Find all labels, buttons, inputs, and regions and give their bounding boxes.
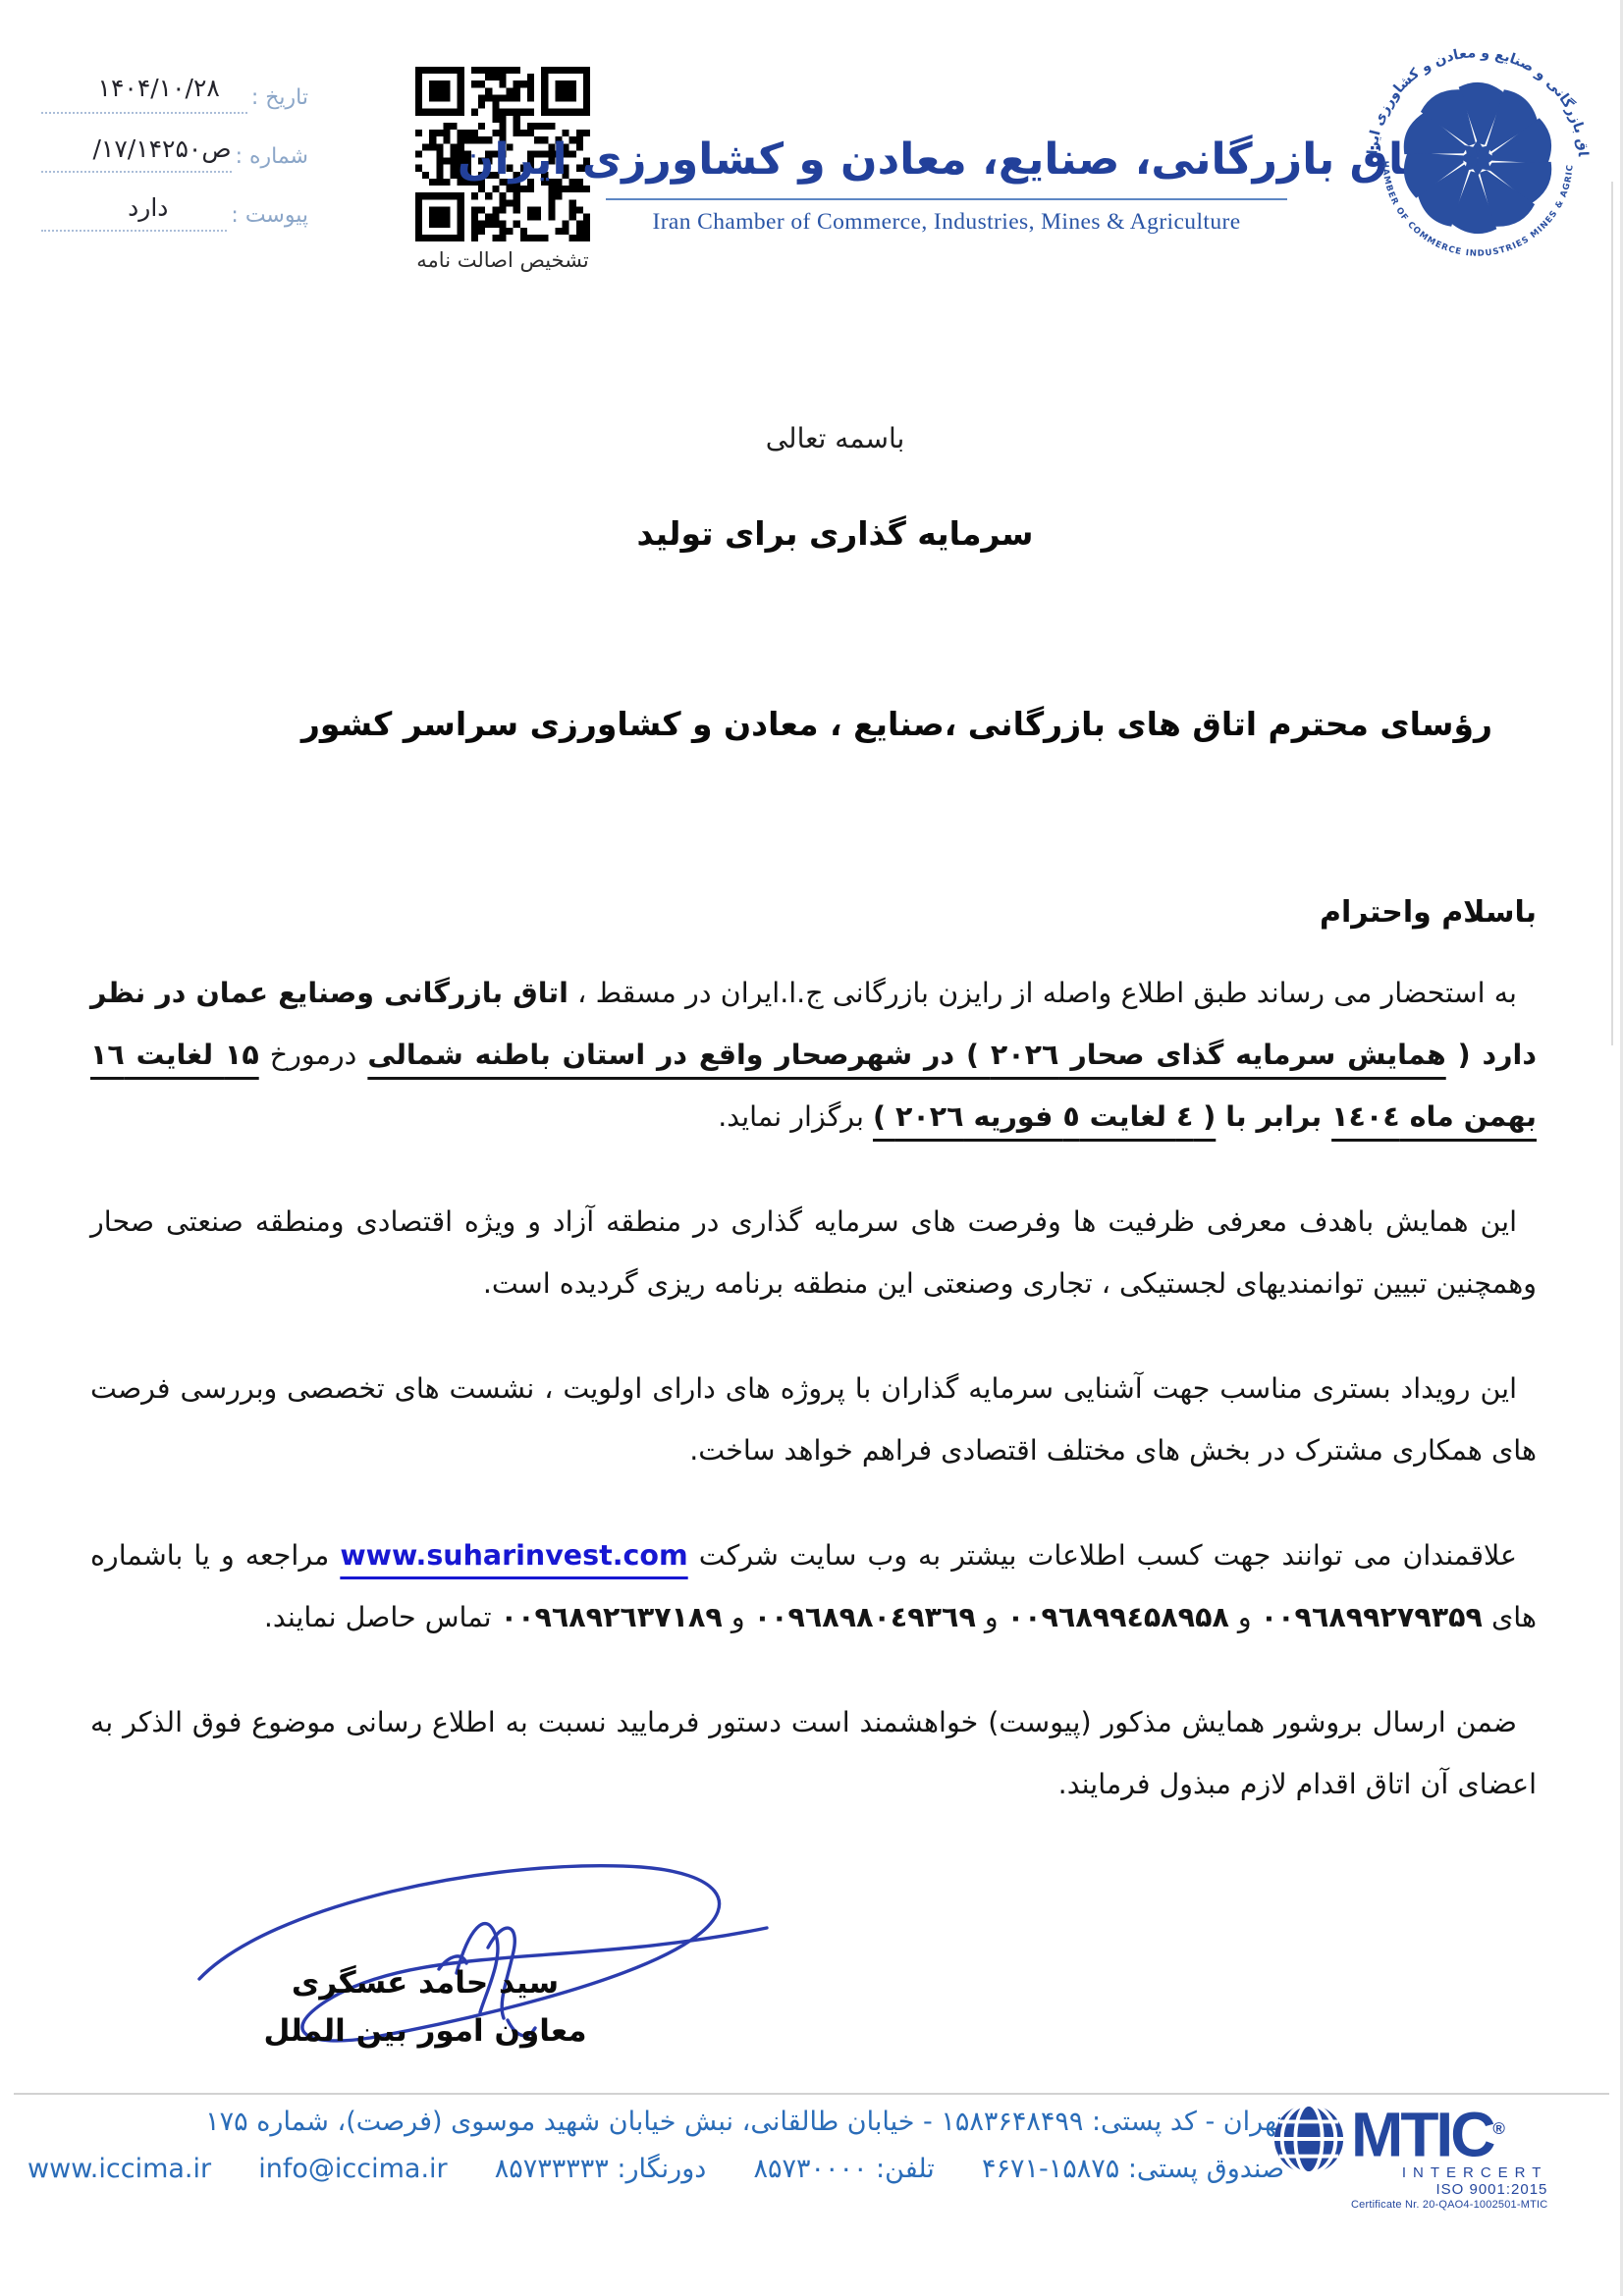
p1-regular: به استحضار می رساند طبق اطلاع واصله از ر… bbox=[568, 977, 1517, 1009]
p1-bold-equivalent: برابر با bbox=[1216, 1100, 1331, 1133]
footer-pobox: صندوق پستی: ۱۵۸۷۵-۴۶۷۱ bbox=[982, 2154, 1284, 2184]
mtic-certificate-number: Certificate Nr. 20-QAO4-1002501-MTIC bbox=[1351, 2199, 1547, 2211]
footer-website[interactable]: www.iccima.ir bbox=[27, 2154, 211, 2184]
brand-divider bbox=[606, 198, 1288, 200]
globe-icon bbox=[1271, 2101, 1347, 2177]
paragraph-contact-info: علاقمندان می توانند جهت کسب اطلاعات بیشت… bbox=[90, 1524, 1537, 1648]
meta-date-row: تاریخ : ۱۴۰۴/۱۰/۲۸ bbox=[41, 55, 308, 114]
mtic-wordmark: MTIC bbox=[1351, 2099, 1492, 2169]
signature-block: سید حامد عسگری معاون امور بین الملل bbox=[234, 1959, 617, 2056]
paragraph-event-purpose: این همایش باهدف معرفی ظرفیت ها وفرصت های… bbox=[90, 1191, 1537, 1314]
mtic-cert-logo: MTIC® INTERCERT ISO 9001:2015 Certificat… bbox=[1271, 2101, 1618, 2211]
footer-address-line: تهران - کد پستی: ۱۵۸۳۶۴۸۴۹۹ - خیابان طال… bbox=[27, 2107, 1284, 2137]
and-separator: و bbox=[1229, 1601, 1261, 1633]
phone-number-4: ۰۰۹٦۸۹۲٦۳۷۱۸۹ bbox=[501, 1601, 723, 1633]
salutation: باسلام واحترام bbox=[1320, 895, 1537, 930]
meta-attachment-row: پیوست : دارد bbox=[41, 173, 308, 232]
scanned-letter-page: تاریخ : ۱۴۰۴/۱۰/۲۸ شماره : /۱۷/۱۴۲۵۰ص پی… bbox=[0, 0, 1623, 2296]
p1-regular-date-word: درمورخ bbox=[259, 1039, 368, 1071]
date-label: تاریخ : bbox=[247, 85, 308, 114]
and-separator: و bbox=[723, 1601, 754, 1633]
and-separator: و bbox=[976, 1601, 1007, 1633]
phone-number-1: ۰۰۹٦۸۹۹۲۷۹۳۵۹ bbox=[1261, 1601, 1483, 1633]
attachment-value: دارد bbox=[128, 193, 168, 222]
scan-artifact-line bbox=[1611, 182, 1613, 1045]
letter-meta-fields: تاریخ : ۱۴۰۴/۱۰/۲۸ شماره : /۱۷/۱۴۲۵۰ص پی… bbox=[41, 55, 308, 232]
paragraph-event-benefits: این رویداد بستری مناسب جهت آشنایی سرمایه… bbox=[90, 1358, 1537, 1481]
mtic-iso: ISO 9001:2015 bbox=[1351, 2181, 1547, 2198]
attachment-dotted-line: دارد bbox=[41, 185, 227, 232]
suharinvest-link[interactable]: www.suharinvest.com bbox=[340, 1539, 687, 1572]
p1-underlined-gregorian-dates: ( ٤ لغایت ٥ فوریه ۲۰۲٦ ) bbox=[873, 1100, 1216, 1133]
date-value: ۱۴۰۴/۱۰/۲۸ bbox=[98, 74, 220, 102]
paragraph-request-action: ضمن ارسال بروشور همایش مذکور (پیوست) خوا… bbox=[90, 1691, 1537, 1815]
letter-slogan: سرمایه گذاری برای تولید bbox=[47, 514, 1623, 553]
date-dotted-line: ۱۴۰۴/۱۰/۲۸ bbox=[41, 67, 247, 114]
footer-phone: تلفن: ۸۵۷۳۰۰۰۰ bbox=[753, 2154, 934, 2184]
number-dotted-line: /۱۷/۱۴۲۵۰ص bbox=[41, 126, 232, 173]
meta-number-row: شماره : /۱۷/۱۴۲۵۰ص bbox=[41, 114, 308, 173]
footer-fax: دورنگار: ۸۵۷۳۳۳۳۳ bbox=[495, 2154, 707, 2184]
bismillah: باسمه تعالی bbox=[47, 422, 1623, 454]
signer-name: سید حامد عسگری bbox=[234, 1959, 617, 2007]
footer-divider bbox=[14, 2093, 1609, 2095]
registered-mark: ® bbox=[1492, 2119, 1505, 2138]
chamber-emblem-icon: اتاق بازرگانی و صنایع و معادن و کشاورزی … bbox=[1363, 43, 1593, 273]
footer-email[interactable]: info@iccima.ir bbox=[258, 2154, 447, 2184]
chamber-brand: اتاق بازرگانی، صنایع، معادن و کشاورزی ای… bbox=[595, 82, 1298, 236]
letter-body: به استحضار می رساند طبق اطلاع واصله از ر… bbox=[90, 962, 1537, 1858]
qr-caption: تشخیص اصالت نامه bbox=[412, 248, 593, 272]
p1-underlined-event-name: همایش سرمایه گذای صحار ۲۰۲٦ ) در شهرصحار… bbox=[367, 1039, 1445, 1071]
p4-pre: علاقمندان می توانند جهت کسب اطلاعات بیشت… bbox=[688, 1539, 1517, 1572]
p4-post: تماس حاصل نمایند. bbox=[264, 1601, 501, 1633]
number-value: /۱۷/۱۴۲۵۰ص bbox=[93, 134, 232, 163]
footer: تهران - کد پستی: ۱۵۸۳۶۴۸۴۹۹ - خیابان طال… bbox=[27, 2107, 1284, 2184]
paragraph-event-announcement: به استحضار می رساند طبق اطلاع واصله از ر… bbox=[90, 962, 1537, 1148]
p1-regular-end: برگزار نماید. bbox=[718, 1100, 873, 1133]
attachment-label: پیوست : bbox=[227, 203, 308, 232]
addressee-line: رؤسای محترم اتاق های بازرگانی ،صنایع ، م… bbox=[301, 705, 1492, 743]
signer-title: معاون امور بین الملل bbox=[234, 2007, 617, 2056]
chamber-name-en: Iran Chamber of Commerce, Industries, Mi… bbox=[595, 209, 1298, 236]
footer-contact-line: صندوق پستی: ۱۵۸۷۵-۴۶۷۱ تلفن: ۸۵۷۳۰۰۰۰ دو… bbox=[27, 2154, 1284, 2184]
chamber-name-fa: اتاق بازرگانی، صنایع، معادن و کشاورزی ای… bbox=[595, 82, 1298, 185]
number-label: شماره : bbox=[232, 144, 308, 173]
phone-number-2: ۰۰۹٦۸۹۹٤۵۸۹۵۸ bbox=[1007, 1601, 1229, 1633]
phone-number-3: ۰۰۹٦۸۹۸۰٤۹۳٦۹ bbox=[754, 1601, 976, 1633]
